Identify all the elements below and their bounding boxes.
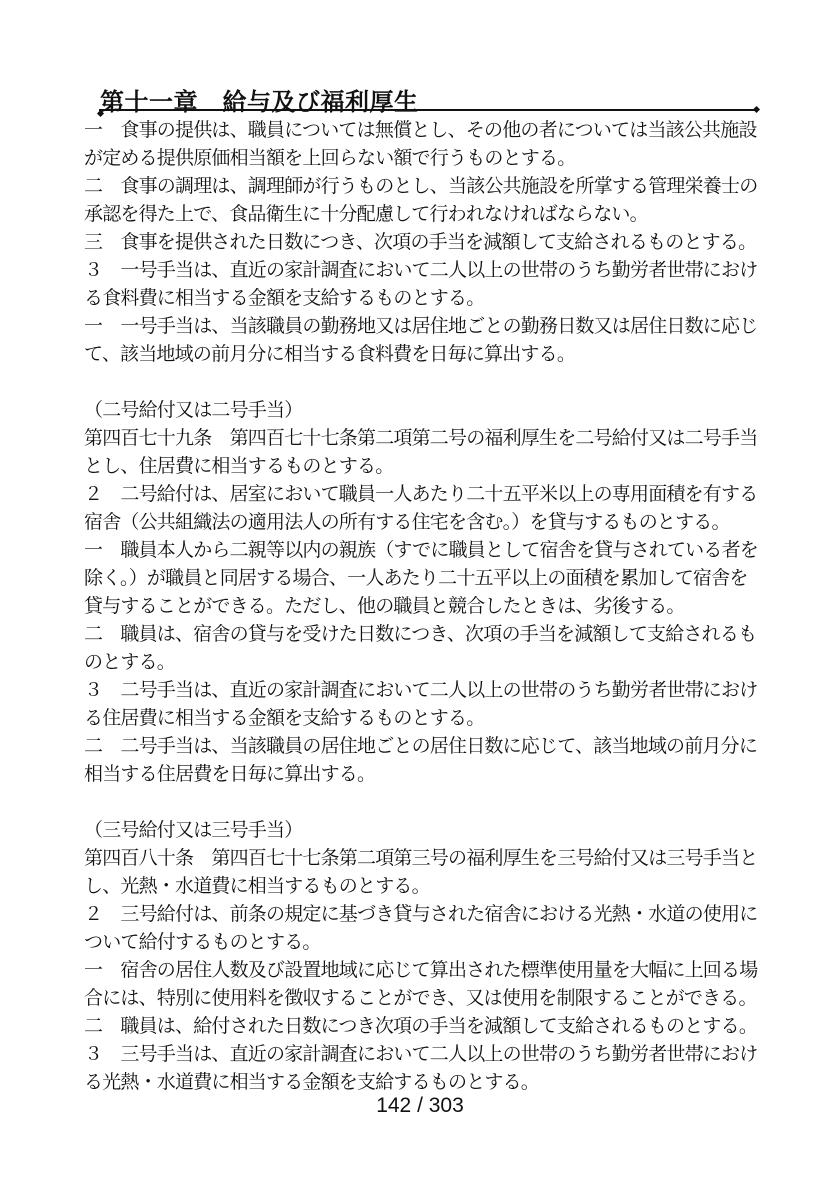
text-line: 二 食事の調理は、調理師が行うものとし、当該公共施設を所掌する管理栄養士の — [84, 173, 764, 201]
chapter-title: 第十一章 給与及び福利厚生 — [100, 82, 419, 117]
text-line: 合には、特別に使用料を徴収することができ、又は使用を制限することができる。 — [84, 985, 764, 1013]
document-section: （二号給付又は二号手当）第四百七十九条 第四百七十七条第二項第二号の福利厚生を二… — [84, 397, 764, 789]
text-line: 宿舎（公共組織法の適用法人の所有する住宅を含む。）を貸与するものとする。 — [84, 509, 764, 537]
text-line: ３ 一号手当は、直近の家計調査において二人以上の世帯のうち勤労者世帯におけ — [84, 257, 764, 285]
text-line: 貸与することができる。ただし、他の職員と競合したときは、劣後する。 — [84, 593, 764, 621]
text-line: 二 職員は、宿舎の貸与を受けた日数につき、次項の手当を減額して支給されるも — [84, 621, 764, 649]
text-line: 一 職員本人から二親等以内の親族（すでに職員として宿舎を貸与されている者を — [84, 537, 764, 565]
underline-right-dot-icon — [753, 106, 760, 113]
text-line: 第四百八十条 第四百七十七条第二項第三号の福利厚生を三号給付又は三号手当と — [84, 845, 764, 873]
page-number: 142 / 303 — [0, 1094, 840, 1118]
text-line: 一 食事の提供は、職員については無償とし、その他の者については当該公共施設 — [84, 117, 764, 145]
text-line: ２ 二号給付は、居室において職員一人あたり二十五平米以上の専用面積を有する — [84, 481, 764, 509]
document-body: 一 食事の提供は、職員については無償とし、その他の者については当該公共施設が定め… — [84, 117, 764, 1097]
text-line: る食料費に相当する金額を支給するものとする。 — [84, 285, 764, 313]
text-line: ついて給付するものとする。 — [84, 929, 764, 957]
section-label: （三号給付又は三号手当） — [84, 817, 764, 845]
text-line: 除く。）が職員と同居する場合、一人あたり二十五平以上の面積を累加して宿舎を — [84, 565, 764, 593]
text-line: 第四百七十九条 第四百七十七条第二項第二号の福利厚生を二号給付又は二号手当 — [84, 425, 764, 453]
text-line: ３ 二号手当は、直近の家計調査において二人以上の世帯のうち勤労者世帯におけ — [84, 677, 764, 705]
text-line: が定める提供原価相当額を上回らない額で行うものとする。 — [84, 145, 764, 173]
text-line: ２ 三号給付は、前条の規定に基づき貸与された宿舎における光熱・水道の使用に — [84, 901, 764, 929]
document-section: （三号給付又は三号手当）第四百八十条 第四百七十七条第二項第三号の福利厚生を三号… — [84, 817, 764, 1097]
text-line: のとする。 — [84, 649, 764, 677]
text-line: 一 一号手当は、当該職員の勤務地又は居住地ごとの勤務日数又は居住日数に応じ — [84, 313, 764, 341]
text-line: ３ 三号手当は、直近の家計調査において二人以上の世帯のうち勤労者世帯におけ — [84, 1041, 764, 1069]
text-line: て、該当地域の前月分に相当する食料費を日毎に算出する。 — [84, 341, 764, 369]
text-line: し、光熱・水道費に相当するものとする。 — [84, 873, 764, 901]
text-line: とし、住居費に相当するものとする。 — [84, 453, 764, 481]
text-line: 一 宿舎の居住人数及び設置地域に応じて算出された標準使用量を大幅に上回る場 — [84, 957, 764, 985]
text-line: る光熱・水道費に相当する金額を支給するものとする。 — [84, 1069, 764, 1097]
text-line: 承認を得た上で、食品衛生に十分配慮して行われなければならない。 — [84, 201, 764, 229]
document-page: 第十一章 給与及び福利厚生 一 食事の提供は、職員については無償とし、その他の者… — [0, 0, 840, 1190]
text-line: 相当する住居費を日毎に算出する。 — [84, 761, 764, 789]
document-section: 一 食事の提供は、職員については無償とし、その他の者については当該公共施設が定め… — [84, 117, 764, 369]
title-underline — [99, 109, 757, 111]
text-line: 二 二号手当は、当該職員の居住地ごとの居住日数に応じて、該当地域の前月分に — [84, 733, 764, 761]
text-line: 三 食事を提供された日数につき、次項の手当を減額して支給されるものとする。 — [84, 229, 764, 257]
text-line: る住居費に相当する金額を支給するものとする。 — [84, 705, 764, 733]
text-line: 二 職員は、給付された日数につき次項の手当を減額して支給されるものとする。 — [84, 1013, 764, 1041]
section-label: （二号給付又は二号手当） — [84, 397, 764, 425]
